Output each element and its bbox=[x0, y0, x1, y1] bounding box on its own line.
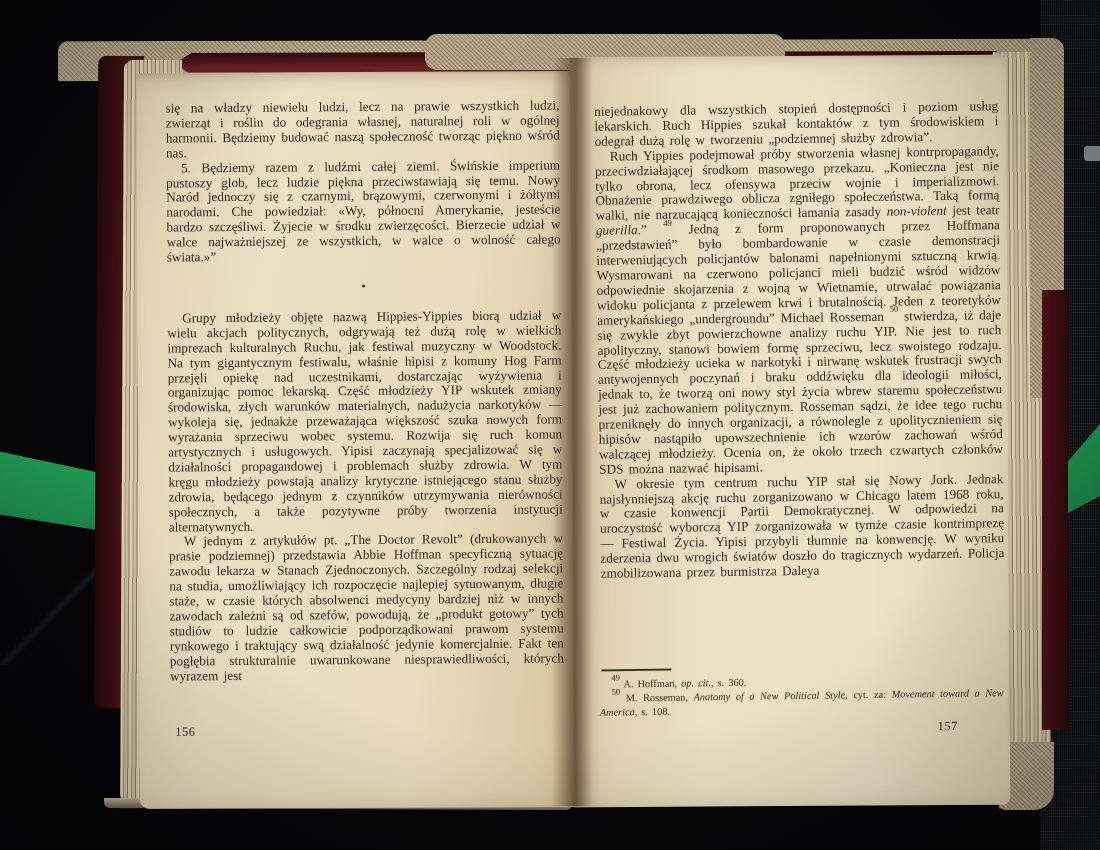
text-segment: W okresie tym centrum ruchu YIP stał się… bbox=[600, 471, 1005, 581]
footnote-reference: 49 bbox=[611, 672, 620, 682]
footnote-separator-line bbox=[601, 668, 671, 670]
text-segment: , cyt. za: bbox=[845, 690, 892, 702]
book-page-left: się na władzy niewielu ludzi, lecz na pr… bbox=[136, 71, 575, 809]
text-segment: się na władzy niewielu ludzi, lecz na pr… bbox=[165, 97, 559, 160]
text-segment: , s. 108. bbox=[635, 707, 670, 718]
footnote: 50 M. Rosseman, Anatomy of a New Politic… bbox=[600, 687, 1004, 721]
text-segment: , s. 360. bbox=[711, 678, 746, 689]
page-number-left: 156 bbox=[175, 725, 195, 740]
text-segment: op. cit. bbox=[681, 678, 711, 689]
text-segment: A. Hoffman, bbox=[620, 679, 681, 691]
book-leather-right-edge bbox=[1042, 290, 1068, 730]
gray-object-right-edge bbox=[1084, 146, 1100, 161]
text-segment: 5. Będziemy razem z ludźmi całej ziemi. … bbox=[166, 157, 561, 265]
text-segment: Grupy młodzieży objęte nazwą Hippies-Yip… bbox=[167, 307, 563, 534]
paragraph: 5. Będziemy razem z ludźmi całej ziemi. … bbox=[166, 158, 561, 265]
text-segment: jest teatr bbox=[947, 202, 1000, 218]
book-page-right: niejednakowy dla wszystkich stopień dost… bbox=[570, 55, 1011, 808]
paragraph: W okresie tym centrum ruchu YIP stał się… bbox=[599, 472, 1004, 582]
paragraph: niejednakowy dla wszystkich stopień dost… bbox=[594, 99, 999, 149]
section-separator: • bbox=[167, 277, 561, 295]
footnotes-block: 49 A. Hoffman, op. cit., s. 360.50 M. Ro… bbox=[599, 673, 1004, 721]
text-segment: W jednym z artykułów pt. „The Doctor Rev… bbox=[169, 531, 564, 683]
left-page-text: się na władzy niewielu ludzi, lecz na pr… bbox=[166, 98, 565, 684]
green-object-left-edge bbox=[0, 448, 102, 538]
paragraph: W jednym z artykułów pt. „The Doctor Rev… bbox=[169, 532, 564, 684]
footnote-reference: 50 bbox=[890, 304, 899, 314]
right-page-text: niejednakowy dla wszystkich stopień dost… bbox=[594, 99, 1005, 582]
footnote-reference: 49 bbox=[663, 218, 672, 228]
text-segment: stwierdza, iż daje się zwykle zbyt powie… bbox=[597, 307, 1003, 477]
text-segment: guerilla bbox=[596, 222, 638, 238]
text-segment: M. Rosseman, bbox=[620, 692, 694, 704]
page-number-right: 157 bbox=[938, 719, 958, 734]
book-gutter-shadow bbox=[552, 58, 592, 806]
text-segment: non-violent bbox=[887, 203, 947, 219]
footnote-reference: 50 bbox=[611, 686, 620, 696]
paragraph: się na władzy niewielu ludzi, lecz na pr… bbox=[166, 98, 560, 161]
text-segment: Anatomy of a New Political Style bbox=[694, 690, 846, 703]
paragraph: Ruch Yippies podejmował próby stworzenia… bbox=[595, 144, 1004, 478]
book-photograph: się na władzy niewielu ludzi, lecz na pr… bbox=[0, 0, 1100, 850]
text-segment: .” bbox=[638, 222, 664, 237]
paragraph: Grupy młodzieży objęte nazwą Hippies-Yip… bbox=[167, 308, 563, 535]
text-segment: niejednakowy dla wszystkich stopień dost… bbox=[594, 98, 998, 148]
